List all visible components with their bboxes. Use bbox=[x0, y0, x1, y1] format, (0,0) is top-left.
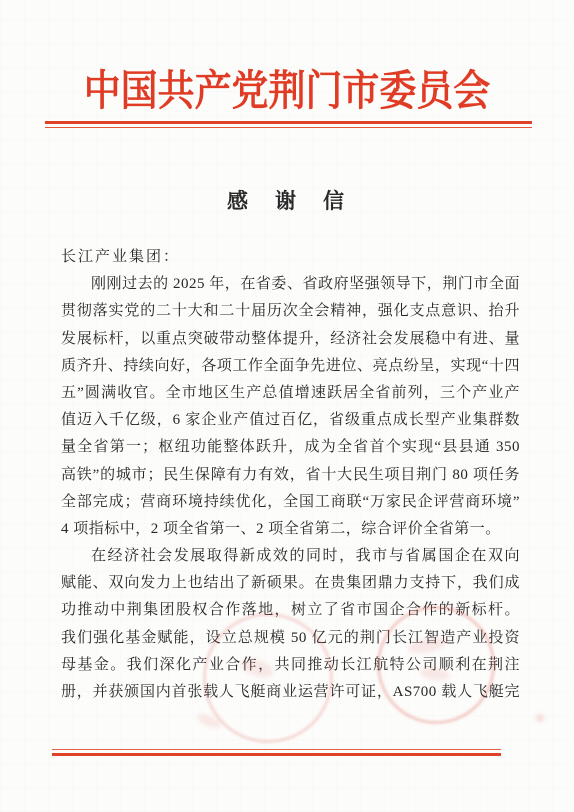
letterhead-org-title: 中国共产党荆门市委员会 bbox=[34, 58, 539, 118]
body-line: 贯彻落实党的二十大和二十届历次全会精神，强化支点意识、抬升 bbox=[61, 298, 520, 325]
letterhead-rule-thick bbox=[45, 121, 532, 124]
body-line: 高铁”的城市；民生保障有力有效，省十大民生项目荆门 80 项任务 bbox=[61, 462, 520, 489]
body-line: 量全省第一；枢纽功能整体跃升，成为全省首个实现“县县通 350 bbox=[61, 434, 520, 461]
body-line: 发展标杆，以重点突破带动整体提升，经济社会发展稳中有进、量 bbox=[61, 326, 520, 353]
ink-smudge bbox=[536, 714, 544, 722]
scanned-letter-page: 中国共产党荆门市委员会 感 谢 信 长江产业集团： 刚刚过去的 2025 年，在… bbox=[0, 0, 574, 812]
body-line: 在经济社会发展取得新成效的同时，我市与省属国企在双向 bbox=[61, 543, 520, 570]
body-line: 质齐升、持续向好，各项工作全面争先进位、亮点纷呈，实现“十四 bbox=[61, 353, 520, 380]
body-line: 4 项指标中，2 项全省第一、2 项全省第二，综合评价全省第一。 bbox=[61, 516, 520, 543]
footer-rule-thin bbox=[52, 749, 501, 751]
letterhead-rule-thin bbox=[45, 127, 532, 129]
body-line: 赋能、双向发力上也结出了新硕果。在贵集团鼎力支持下，我们成 bbox=[61, 570, 520, 597]
seal-bleed-mark bbox=[377, 606, 495, 724]
body-line: 刚刚过去的 2025 年，在省委、省政府坚强领导下，荆门市全面 bbox=[61, 271, 520, 298]
body-line: 五”圆满收官。全市地区生产总值增速跃居全省前列，三个产业产 bbox=[61, 380, 520, 407]
salutation-line: 长江产业集团： bbox=[61, 244, 520, 271]
body-line: 值迈入千亿级，6 家企业产值过百亿，省级重点成长型产业集群数 bbox=[61, 407, 520, 434]
footer-rule-thick bbox=[52, 753, 501, 756]
body-line: 全部完成；营商环境持续优化，全国工商联“万家民企评营商环境” bbox=[61, 489, 520, 516]
document-title: 感 谢 信 bbox=[0, 185, 574, 215]
seal-bleed-mark bbox=[203, 613, 333, 743]
